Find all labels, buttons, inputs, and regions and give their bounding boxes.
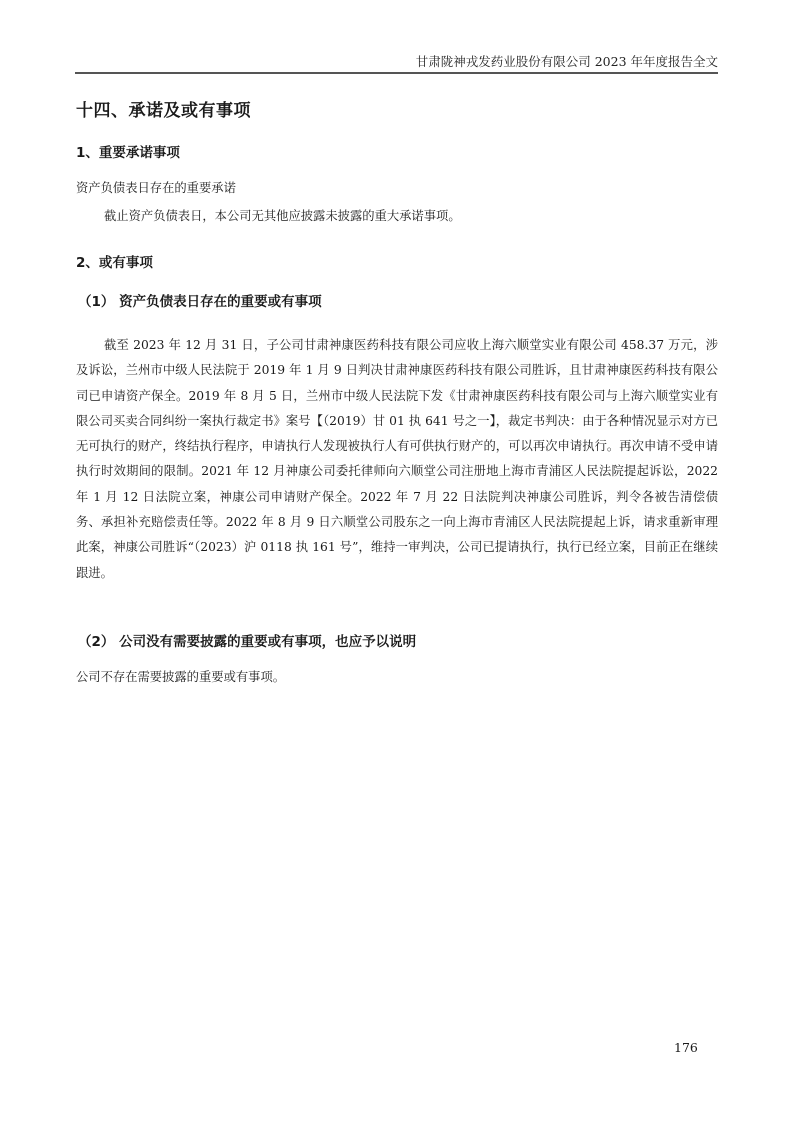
running-header: 甘肃陇神戎发药业股份有限公司 2023 年年度报告全文 xyxy=(75,52,718,72)
section-title: 十四、承诺及或有事项 xyxy=(76,96,251,121)
commitments-text: 截止资产负债表日，本公司无其他应披露未披露的重大承诺事项。 xyxy=(104,206,461,224)
contingency-item1-text: 截至 2023 年 12 月 31 日，子公司甘肃神康医药科技有限公司应收上海六… xyxy=(76,333,718,586)
contingency-item1-title: （1） 资产负债表日存在的重要或有事项 xyxy=(78,290,322,310)
subsection-commitments-title: 1、重要承诺事项 xyxy=(76,141,180,161)
contingency-item2-text: 公司不存在需要披露的重要或有事项。 xyxy=(76,667,285,685)
page-number: 176 xyxy=(674,1040,698,1055)
contingency-item2-title: （2） 公司没有需要披露的重要或有事项，也应予以说明 xyxy=(78,630,416,650)
subsection-contingencies-title: 2、或有事项 xyxy=(76,251,153,271)
header-divider xyxy=(75,72,718,74)
commitments-label: 资产负债表日存在的重要承诺 xyxy=(76,178,236,196)
